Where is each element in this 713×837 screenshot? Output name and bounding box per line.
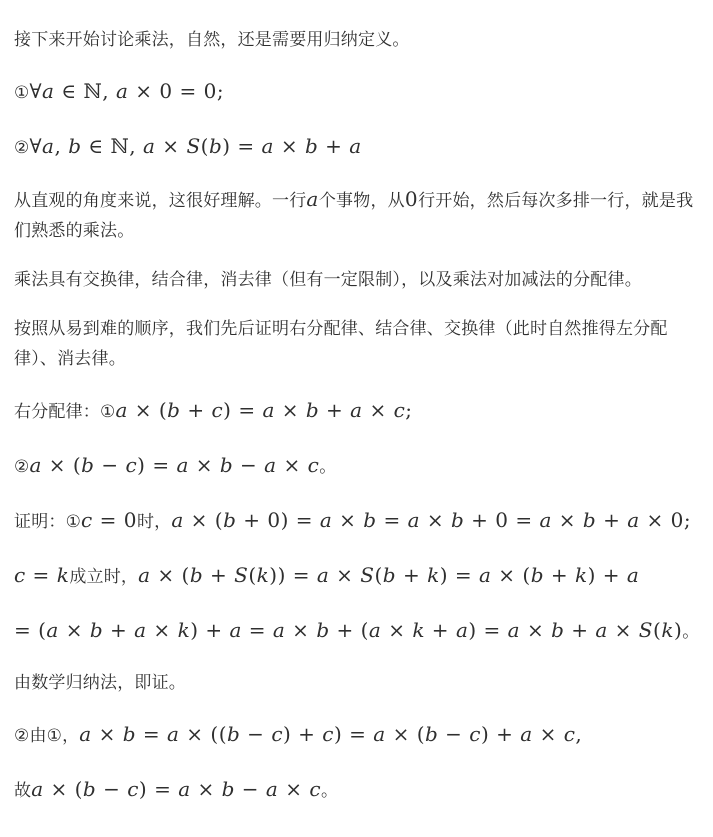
math-variable: a (479, 563, 491, 587)
math-variable: b (83, 777, 96, 801)
chinese-text-segment: 时， (137, 512, 171, 531)
math-token: × ( (184, 508, 223, 532)
math-variable: k (178, 618, 191, 642)
chinese-text-segment: 。 (682, 622, 699, 641)
math-token: + 0) = (236, 508, 319, 532)
math-token: + (596, 508, 627, 532)
chinese-text-segment: 故 (14, 781, 31, 800)
math-segment: a × (b + S(k)) = a × S(b + k) = a × (b +… (138, 563, 639, 587)
formula-line: 证明：①c = 0时，a × (b + 0) = a × b = a × b +… (14, 503, 699, 539)
math-variable: a (350, 398, 362, 422)
math-token: × ( (151, 563, 190, 587)
math-segment: a × (b − c) = a × b − a × c (31, 777, 321, 801)
math-token: + (396, 563, 427, 587)
math-variable: b (383, 563, 396, 587)
math-variable: b (223, 508, 236, 532)
math-token: ) + (190, 618, 229, 642)
math-token: + (544, 563, 575, 587)
math-variable: b (209, 134, 222, 158)
math-token: − (240, 722, 271, 746)
math-variable: a (178, 777, 190, 801)
math-variable: a (456, 618, 468, 642)
math-variable: a (167, 722, 179, 746)
math-variable: b (167, 398, 180, 422)
text-paragraph: 从直观的角度来说，这很好理解。一行a个事物，从0行开始，然后每次多排一行，就是我… (14, 184, 699, 246)
text-paragraph: 乘法具有交换律，结合律，消去律（但有一定限制），以及乘法对加减法的分配律。 (14, 265, 699, 295)
math-token: ) = (139, 777, 178, 801)
article-page: 接下来开始讨论乘法，自然，还是需要用归纳定义。①∀a ∈ ℕ, a × 0 = … (0, 0, 713, 837)
chinese-text-segment: 成立时， (69, 567, 138, 586)
math-token: + (564, 618, 595, 642)
math-token: × (552, 508, 583, 532)
math-variable: a (42, 79, 54, 103)
math-token: × (( (179, 722, 227, 746)
math-token: × (277, 453, 308, 477)
math-variable: a (317, 563, 329, 587)
math-token: ) + (481, 722, 520, 746)
math-variable: b (190, 563, 203, 587)
math-token: ( (201, 134, 209, 158)
math-token: × (274, 134, 305, 158)
math-token: ∈ ℕ, (82, 134, 144, 158)
math-variable: c (564, 722, 576, 746)
math-variable: b (81, 453, 94, 477)
formula-line: ①∀a ∈ ℕ, a × 0 = 0; (14, 74, 699, 110)
math-token: ) (674, 618, 682, 642)
math-token: − (94, 453, 125, 477)
text-paragraph: 按照从易到难的顺序，我们先后证明右分配律、结合律、交换律（此时自然推得左分配律）… (14, 314, 699, 374)
chinese-text-segment: 。 (319, 457, 336, 476)
math-variable: b (68, 134, 81, 158)
chinese-text-segment: 由数学归纳法，即证。 (14, 673, 186, 692)
math-variable: b (451, 508, 464, 532)
math-token: ) = (468, 618, 507, 642)
math-token: × ( (44, 777, 83, 801)
math-token: × ( (42, 453, 81, 477)
math-token: × (147, 618, 178, 642)
math-token: + (203, 563, 234, 587)
formula-line: ②∀a, b ∈ ℕ, a × S(b) = a × b + a (14, 129, 699, 165)
math-token: = ( (14, 618, 46, 642)
math-variable: b (227, 722, 240, 746)
math-segment: 0 (405, 187, 418, 211)
chinese-text-segment: ② (14, 457, 29, 476)
math-variable: a (42, 134, 54, 158)
math-token: × ( (386, 722, 425, 746)
math-token: + (319, 398, 350, 422)
math-token: × (278, 777, 309, 801)
math-variable: c (81, 508, 93, 532)
math-token: ) + (283, 722, 322, 746)
text-paragraph: 接下来开始讨论乘法，自然，还是需要用归纳定义。 (14, 25, 699, 55)
formula-line: = (a × b + a × k) + a = a × b + (a × k +… (14, 613, 699, 649)
math-segment: a × (b − c) = a × b − a × c (29, 453, 319, 477)
math-variable: a (79, 722, 91, 746)
chinese-text-segment: ① (14, 83, 29, 102)
math-variable: b (363, 508, 376, 532)
math-token: × (155, 134, 186, 158)
math-variable: S (186, 134, 200, 158)
math-variable: k (412, 618, 425, 642)
math-token: × ( (128, 398, 167, 422)
math-variable: b (316, 618, 329, 642)
formula-line: ②a × (b − c) = a × b − a × c。 (14, 448, 699, 484)
math-variable: b (305, 134, 318, 158)
math-token: × (381, 618, 412, 642)
math-variable: c (308, 453, 320, 477)
math-token: = (242, 618, 273, 642)
math-variable: c (14, 563, 26, 587)
math-token: + (180, 398, 211, 422)
chinese-text-segment: 。 (321, 781, 338, 800)
formula-line: c = k成立时，a × (b + S(k)) = a × S(b + k) =… (14, 558, 699, 594)
math-variable: a (627, 563, 639, 587)
math-variable: k (661, 618, 674, 642)
math-token: ) = (334, 722, 373, 746)
math-variable: a (369, 618, 381, 642)
math-token: , (54, 134, 68, 158)
chinese-text-segment: ②由①， (14, 726, 79, 745)
math-token: , (575, 722, 582, 746)
chinese-text-segment: 右分配律：① (14, 402, 115, 421)
math-variable: a (143, 134, 155, 158)
math-variable: b (531, 563, 544, 587)
math-variable: c (271, 722, 283, 746)
math-token: × (520, 618, 551, 642)
math-token: = 0 (93, 508, 137, 532)
math-token: × 0 = 0; (128, 79, 224, 103)
math-variable: a (29, 453, 41, 477)
math-variable: k (57, 563, 70, 587)
math-variable: a (264, 453, 276, 477)
math-token: = (26, 563, 57, 587)
math-token: = (136, 722, 167, 746)
math-token: × 0; (640, 508, 691, 532)
math-variable: b (551, 618, 564, 642)
math-token: × (189, 453, 220, 477)
math-token: ∀ (29, 79, 42, 103)
math-variable: a (508, 618, 520, 642)
math-variable: c (127, 777, 139, 801)
math-variable: k (575, 563, 588, 587)
math-variable: a (31, 777, 43, 801)
math-token: ∀ (29, 134, 42, 158)
math-variable: a (176, 453, 188, 477)
math-token: ) = (222, 134, 261, 158)
math-variable: a (229, 618, 241, 642)
math-variable: a (627, 508, 639, 532)
math-token: × (332, 508, 363, 532)
math-token: × (329, 563, 360, 587)
math-token: − (438, 722, 469, 746)
chinese-text-segment: 按照从易到难的顺序，我们先后证明右分配律、结合律、交换律（此时自然推得左分配律）… (14, 319, 668, 368)
math-variable: b (222, 777, 235, 801)
chinese-text-segment: 接下来开始讨论乘法，自然，还是需要用归纳定义。 (14, 30, 410, 49)
math-variable: c (322, 722, 334, 746)
math-token: × (420, 508, 451, 532)
math-variable: a (266, 777, 278, 801)
math-variable: b (90, 618, 103, 642)
math-token: ; (405, 398, 412, 422)
math-variable: a (134, 618, 146, 642)
math-variable: a (46, 618, 58, 642)
math-token: ) + (588, 563, 627, 587)
math-variable: c (469, 722, 481, 746)
math-variable: a (262, 398, 274, 422)
chinese-text-segment: 乘法具有交换律，结合律，消去律（但有一定限制），以及乘法对加减法的分配律。 (14, 270, 642, 289)
math-variable: k (427, 563, 440, 587)
chinese-text-segment: ② (14, 138, 29, 157)
math-token: × (59, 618, 90, 642)
math-token: × (608, 618, 639, 642)
math-token: ∈ ℕ, (54, 79, 116, 103)
math-variable: S (639, 618, 653, 642)
math-variable: a (273, 618, 285, 642)
math-token: × (533, 722, 564, 746)
math-segment: a (306, 187, 318, 211)
math-variable: a (138, 563, 150, 587)
math-variable: b (583, 508, 596, 532)
formula-line: 右分配律：①a × (b + c) = a × b + a × c; (14, 393, 699, 429)
math-token: + (103, 618, 134, 642)
math-token: + (318, 134, 349, 158)
math-variable: a (306, 187, 318, 211)
math-token: − (235, 777, 266, 801)
math-token: ) = (137, 453, 176, 477)
math-token: − (233, 453, 264, 477)
math-variable: c (125, 453, 137, 477)
math-variable: a (262, 134, 274, 158)
math-token: ( (374, 563, 382, 587)
math-segment: c = k (14, 563, 69, 587)
chinese-text-segment: 证明：① (14, 512, 81, 531)
chinese-text-segment: 个事物，从 (319, 191, 405, 210)
math-token: × (92, 722, 123, 746)
math-segment: = (a × b + a × k) + a = a × b + (a × k +… (14, 618, 682, 642)
math-variable: a (373, 722, 385, 746)
math-token: × (363, 398, 394, 422)
math-token: + ( (330, 618, 369, 642)
formula-line: ②由①，a × b = a × ((b − c) + c) = a × (b −… (14, 717, 699, 753)
math-segment: c = 0 (81, 508, 137, 532)
math-segment: ∀a, b ∈ ℕ, a × S(b) = a × b + a (29, 134, 361, 158)
math-variable: a (595, 618, 607, 642)
math-variable: a (320, 508, 332, 532)
article-body: 接下来开始讨论乘法，自然，还是需要用归纳定义。①∀a ∈ ℕ, a × 0 = … (14, 25, 699, 808)
math-token: − (96, 777, 127, 801)
math-variable: a (520, 722, 532, 746)
math-token: ) = (223, 398, 262, 422)
math-variable: a (349, 134, 361, 158)
math-variable: k (257, 563, 270, 587)
math-variable: c (394, 398, 406, 422)
math-segment: ∀a ∈ ℕ, a × 0 = 0; (29, 79, 224, 103)
chinese-text-segment: 从直观的角度来说，这很好理解。一行 (14, 191, 306, 210)
math-variable: a (116, 79, 128, 103)
math-token: ( (248, 563, 256, 587)
math-variable: b (123, 722, 136, 746)
math-variable: c (211, 398, 223, 422)
math-token: + (425, 618, 456, 642)
math-token: ) = (440, 563, 479, 587)
formula-line: 故a × (b − c) = a × b − a × c。 (14, 772, 699, 808)
math-variable: a (408, 508, 420, 532)
math-token: × (285, 618, 316, 642)
math-segment: a × b = a × ((b − c) + c) = a × (b − c) … (79, 722, 582, 746)
math-token: )) = (269, 563, 317, 587)
math-variable: a (540, 508, 552, 532)
math-token: + 0 = (464, 508, 539, 532)
math-token: = (377, 508, 408, 532)
math-token: × (275, 398, 306, 422)
math-variable: b (306, 398, 319, 422)
math-variable: a (115, 398, 127, 422)
math-segment: a × (b + c) = a × b + a × c; (115, 398, 412, 422)
math-variable: a (171, 508, 183, 532)
math-variable: S (234, 563, 248, 587)
math-token: × (191, 777, 222, 801)
text-paragraph: 由数学归纳法，即证。 (14, 668, 699, 698)
math-variable: b (220, 453, 233, 477)
math-variable: S (360, 563, 374, 587)
math-token: × ( (491, 563, 530, 587)
math-variable: b (425, 722, 438, 746)
math-segment: a × (b + 0) = a × b = a × b + 0 = a × b … (171, 508, 691, 532)
math-token: 0 (405, 187, 418, 211)
math-variable: c (309, 777, 321, 801)
